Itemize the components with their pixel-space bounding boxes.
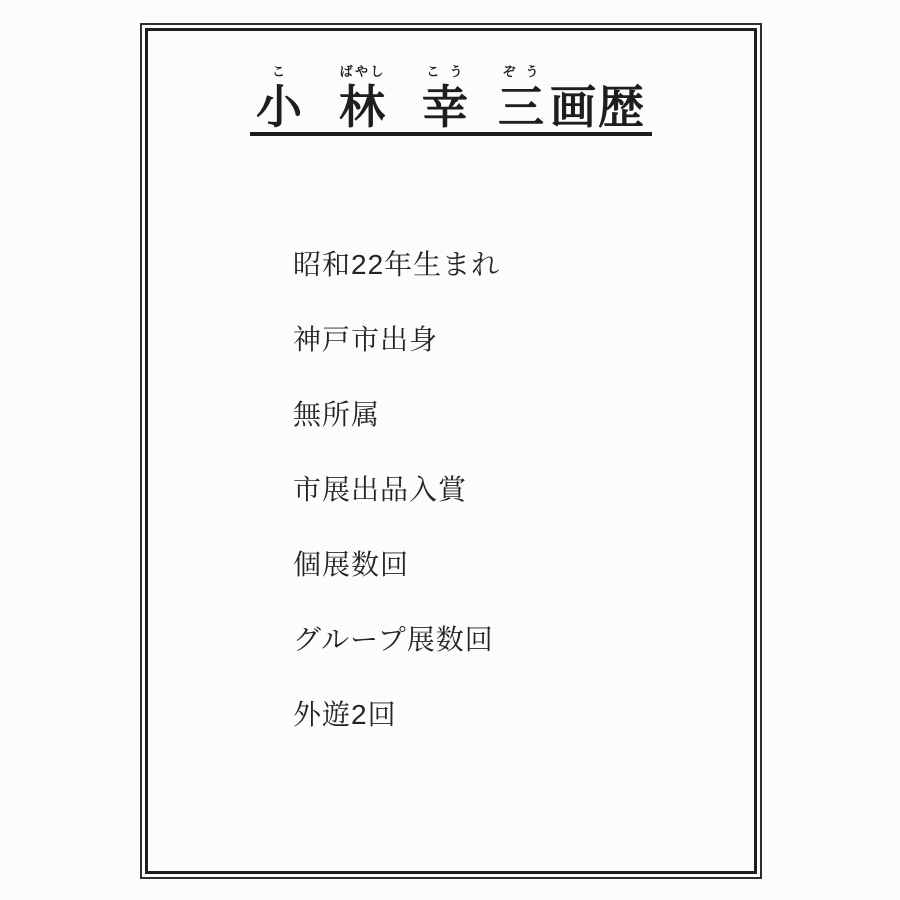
- bio-item-city-exhibit: 市展出品入賞: [293, 475, 500, 505]
- title-band: 小こ林ばやし幸こう三ぞう画歴: [140, 64, 762, 136]
- bio-item-group-shows: グループ展数回: [293, 625, 500, 655]
- bio-item-birth: 昭和22年生まれ: [293, 250, 500, 280]
- title-char-ko: 小こ: [256, 81, 302, 133]
- title-char-kou: 幸こう: [422, 81, 468, 133]
- bio-item-affiliation: 無所属: [293, 400, 500, 430]
- bio-item-hometown: 神戸市出身: [293, 325, 500, 355]
- title-char-bayashi: 林ばやし: [339, 81, 385, 133]
- title-char-zou: 三ぞう: [498, 81, 544, 133]
- bio-item-trips-abroad: 外遊2回: [293, 700, 500, 730]
- biography-list: 昭和22年生まれ 神戸市出身 無所属 市展出品入賞 個展数回 グループ展数回 外…: [293, 250, 500, 775]
- document-title: 小こ林ばやし幸こう三ぞう画歴: [250, 64, 652, 136]
- title-suffix-gareki: 画歴: [550, 81, 646, 133]
- bio-item-solo-shows: 個展数回: [293, 550, 500, 580]
